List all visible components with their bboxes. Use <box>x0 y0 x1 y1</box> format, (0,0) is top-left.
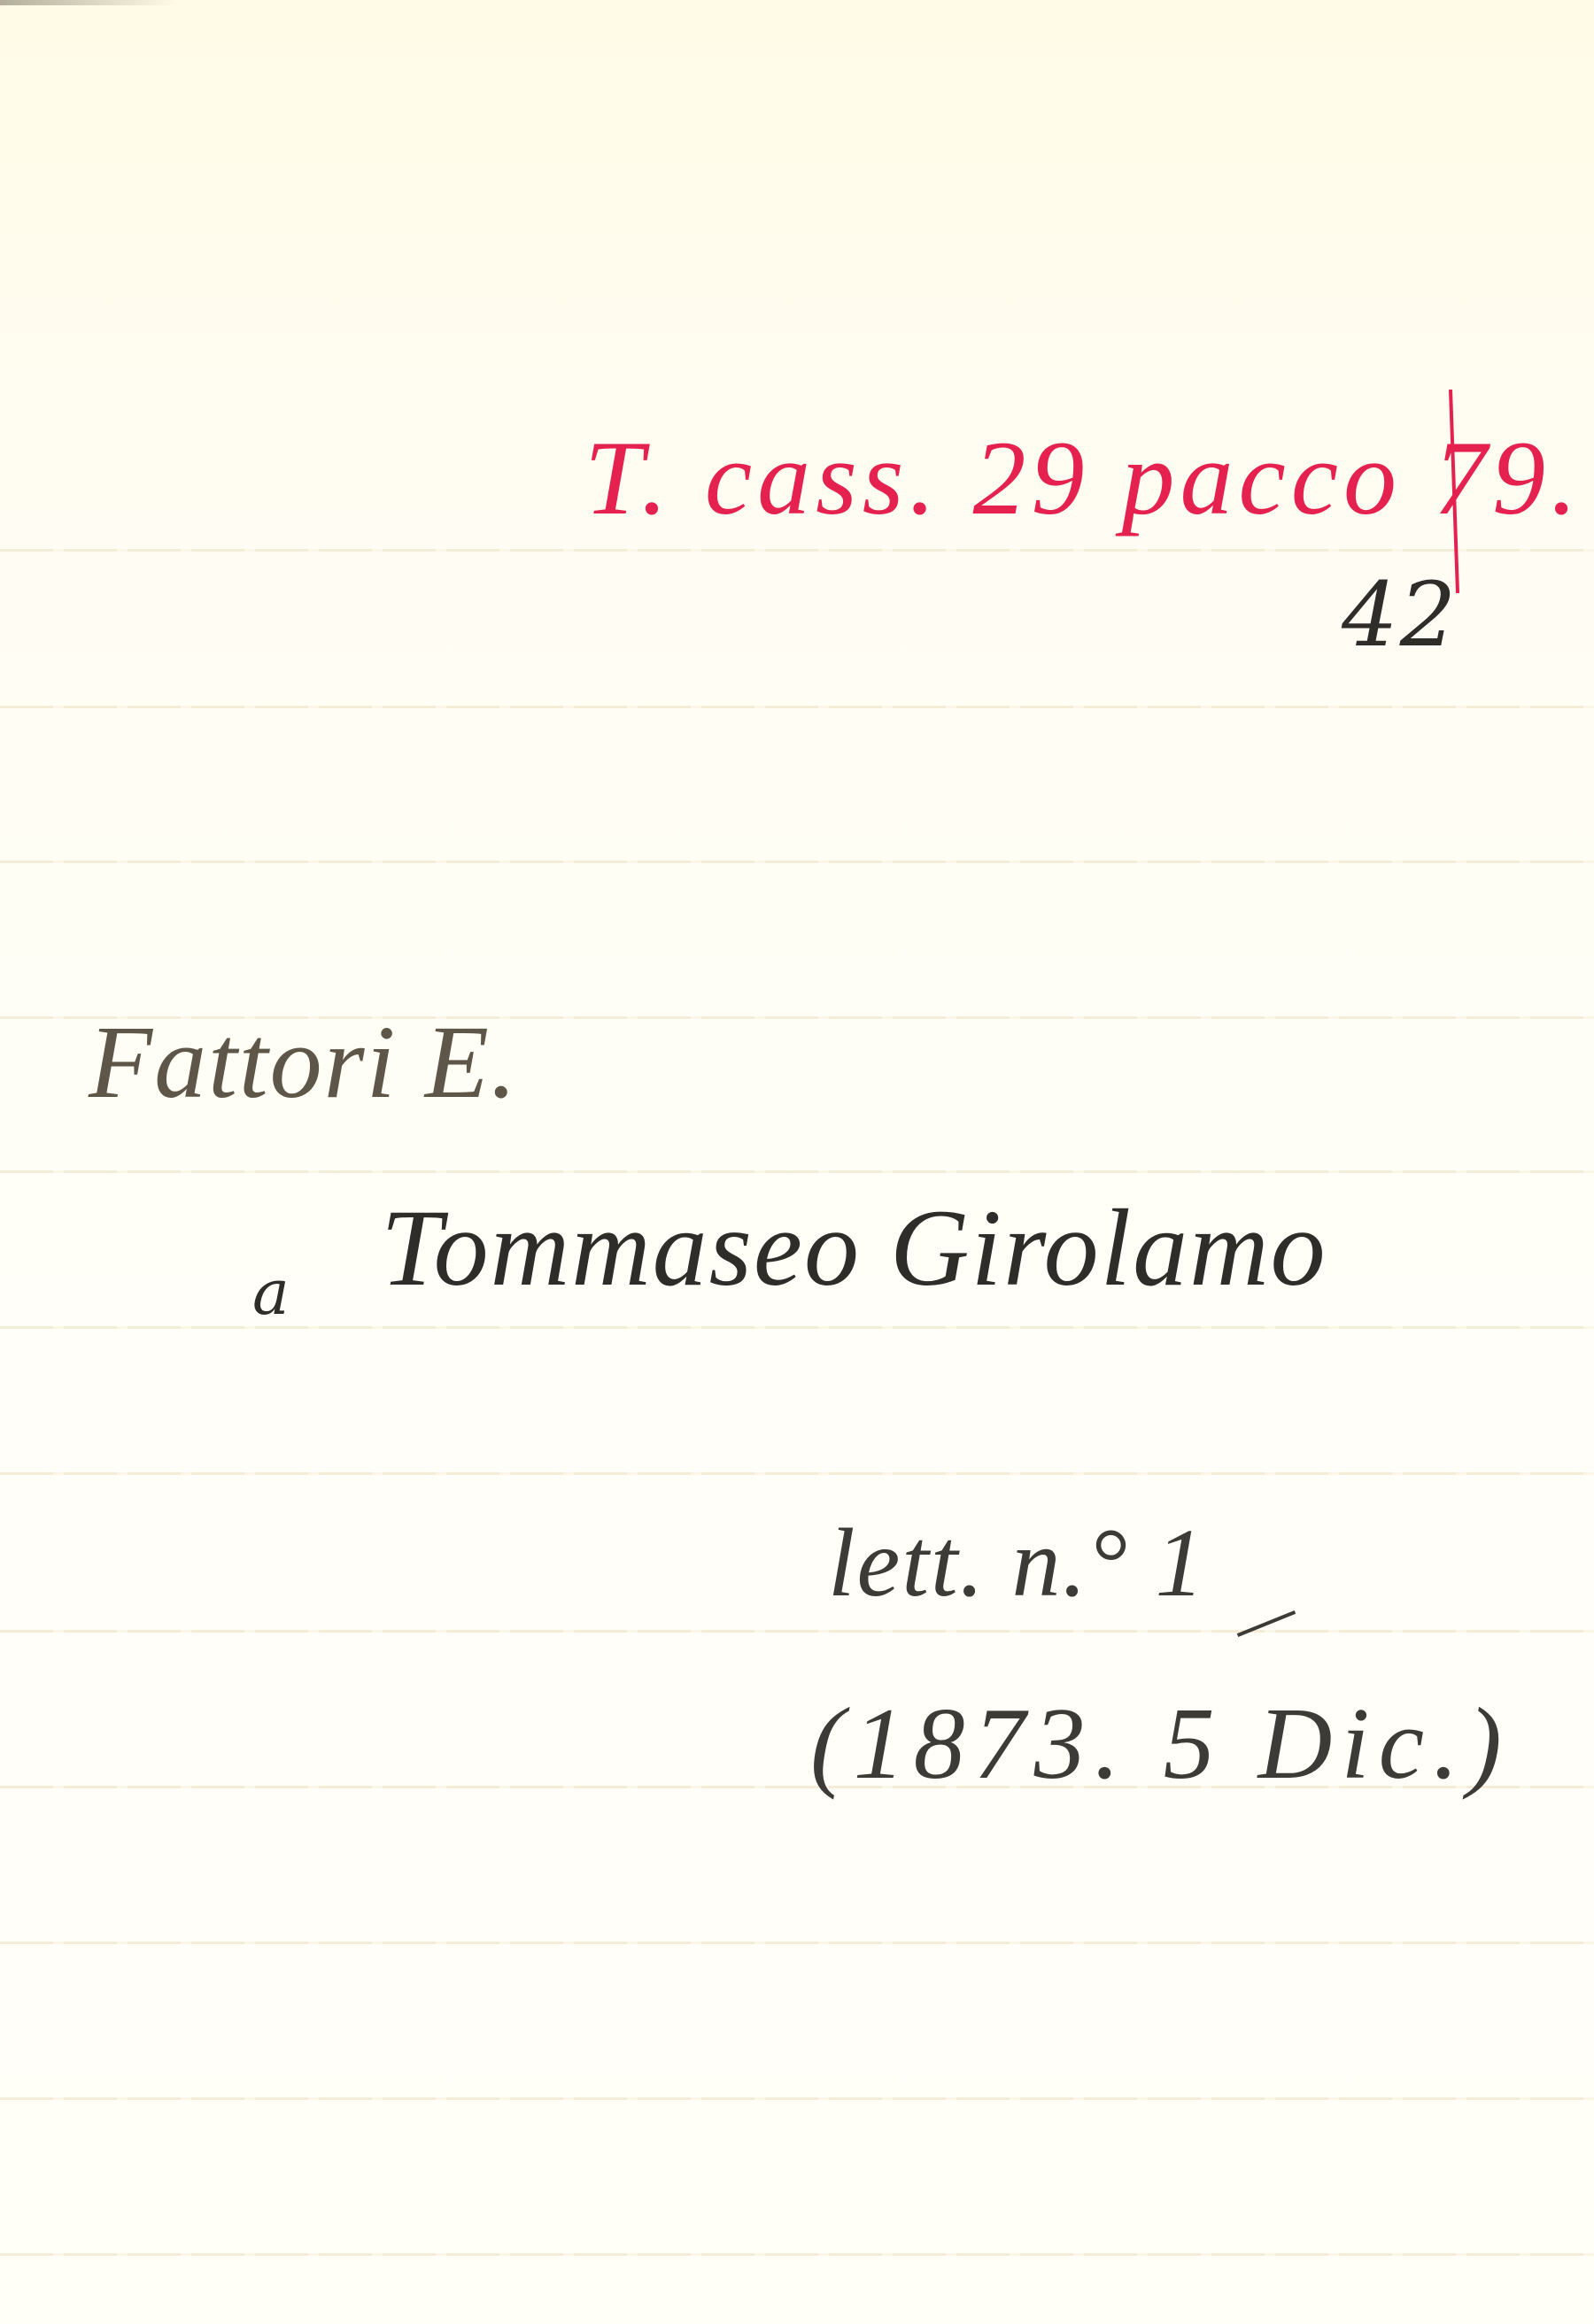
ruled-line <box>0 1472 1594 1475</box>
archive-reference: T. cass. 29 pacco 79. <box>584 416 1582 540</box>
recipient-name: Tommaseo Girolamo <box>381 1177 1327 1319</box>
ruled-line <box>0 706 1594 708</box>
ruled-line <box>0 1942 1594 1944</box>
index-card: T. cass. 29 pacco 79. 42 Fattori E. a To… <box>0 0 1594 2324</box>
ruled-line <box>0 1170 1594 1173</box>
ruled-line <box>0 2097 1594 2100</box>
ruled-line <box>0 1630 1594 1633</box>
sender-name: Fattori E. <box>89 1000 518 1124</box>
ruled-line <box>0 1326 1594 1329</box>
ruled-line <box>0 861 1594 863</box>
letter-number: lett. n.° 1 <box>828 1505 1206 1620</box>
card-corner-shadow <box>0 0 177 5</box>
recipient-prefix: a <box>252 1257 291 1328</box>
letter-number-underline <box>1237 1610 1296 1637</box>
ruled-line <box>0 2253 1594 2256</box>
ruled-line <box>0 549 1594 552</box>
archive-sub-number: 42 <box>1342 567 1458 664</box>
letter-date: (1873. 5 Dic.) <box>810 1682 1511 1806</box>
